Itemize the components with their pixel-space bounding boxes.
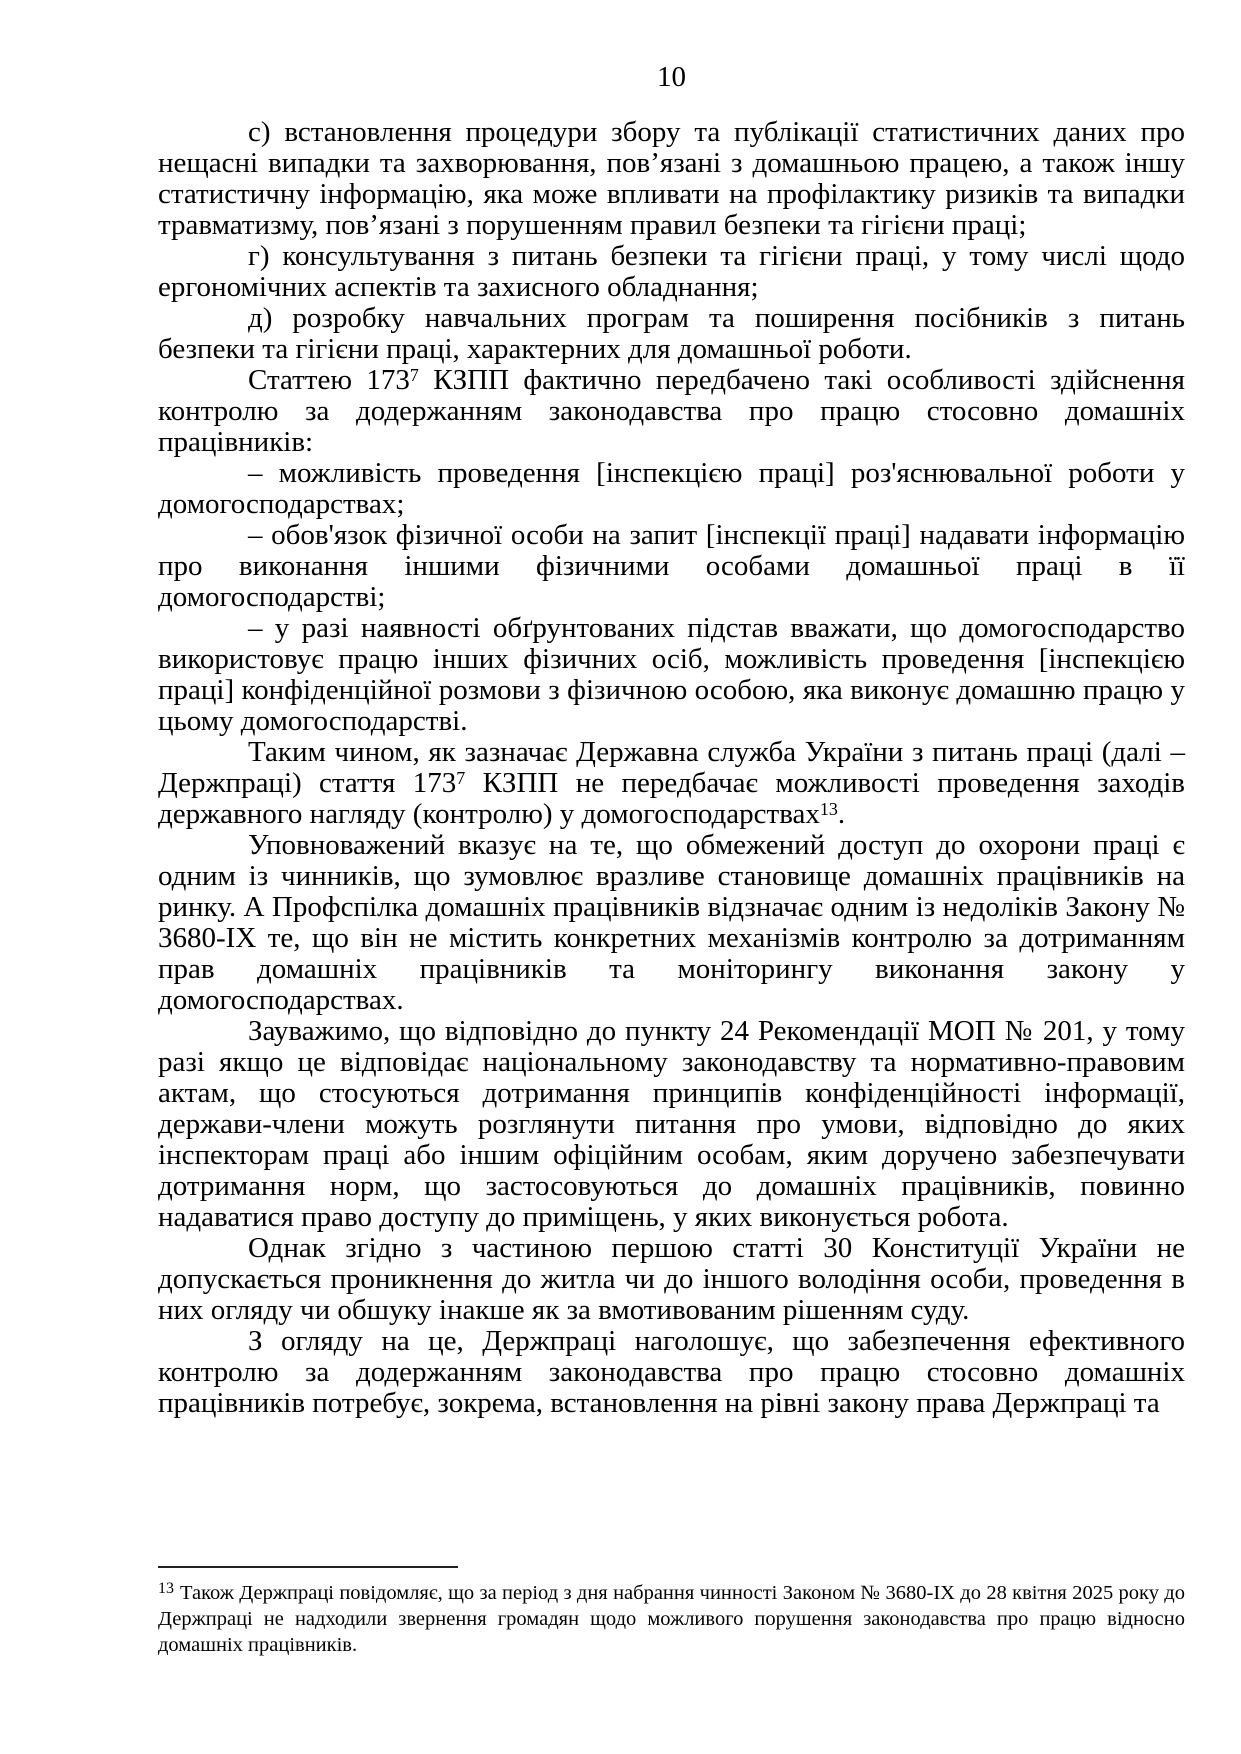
text-run: З огляду на це, Держпраці наголошує, що … [158,1325,1185,1419]
document-body: с) встановлення процедури збору та публі… [158,117,1185,1419]
page-number: 10 [158,62,1185,93]
text-run: – можливість проведення [інспекцією прац… [158,457,1185,520]
text-run: . [838,798,845,830]
document-page: 10 с) встановлення процедури збору та пу… [0,0,1241,1754]
text-run: Уповноважений вказує на те, що обмежений… [158,829,1185,1016]
text-run: д) розробку навчальних програм та пошире… [158,302,1185,365]
superscript-reference: 7 [456,768,465,788]
footnote-marker: 13 [158,1580,174,1597]
text-run: – у разі наявності обґрунтованих підстав… [158,612,1185,737]
text-run: Зауважимо, що відповідно до пункту 24 Ре… [158,1015,1185,1233]
paragraph: Статтею 1737 КЗПП фактично передбачено т… [158,365,1185,458]
paragraph: д) розробку навчальних програм та пошире… [158,303,1185,365]
superscript-reference: 13 [820,799,838,819]
text-run: – обов'язок фізичної особи на запит [інс… [158,519,1185,613]
footnote-area: 13Також Держпраці повідомляє, що за пері… [158,1558,1185,1658]
paragraph: Зауважимо, що відповідно до пункту 24 Ре… [158,1016,1185,1233]
superscript-reference: 7 [410,365,419,385]
paragraph: – обов'язок фізичної особи на запит [інс… [158,520,1185,613]
text-run: с) встановлення процедури збору та публі… [158,116,1185,241]
paragraph: – у разі наявності обґрунтованих підстав… [158,613,1185,737]
footnote-body: Також Держпраці повідомляє, що за період… [158,1582,1185,1656]
paragraph: с) встановлення процедури збору та публі… [158,117,1185,241]
paragraph: Однак згідно з частиною першою статті 30… [158,1233,1185,1326]
paragraph: Таким чином, як зазначає Державна служба… [158,737,1185,830]
footnote: 13Також Держпраці повідомляє, що за пері… [158,1580,1185,1658]
footnote-separator [158,1566,458,1568]
text-run: Однак згідно з частиною першою статті 30… [158,1232,1185,1326]
paragraph: Уповноважений вказує на те, що обмежений… [158,830,1185,1016]
paragraph: – можливість проведення [інспекцією прац… [158,458,1185,520]
text-run: Статтею 173 [248,364,410,396]
paragraph: г) консультування з питань безпеки та гі… [158,241,1185,303]
paragraph: З огляду на це, Держпраці наголошує, що … [158,1326,1185,1419]
text-run: г) консультування з питань безпеки та гі… [158,240,1185,303]
